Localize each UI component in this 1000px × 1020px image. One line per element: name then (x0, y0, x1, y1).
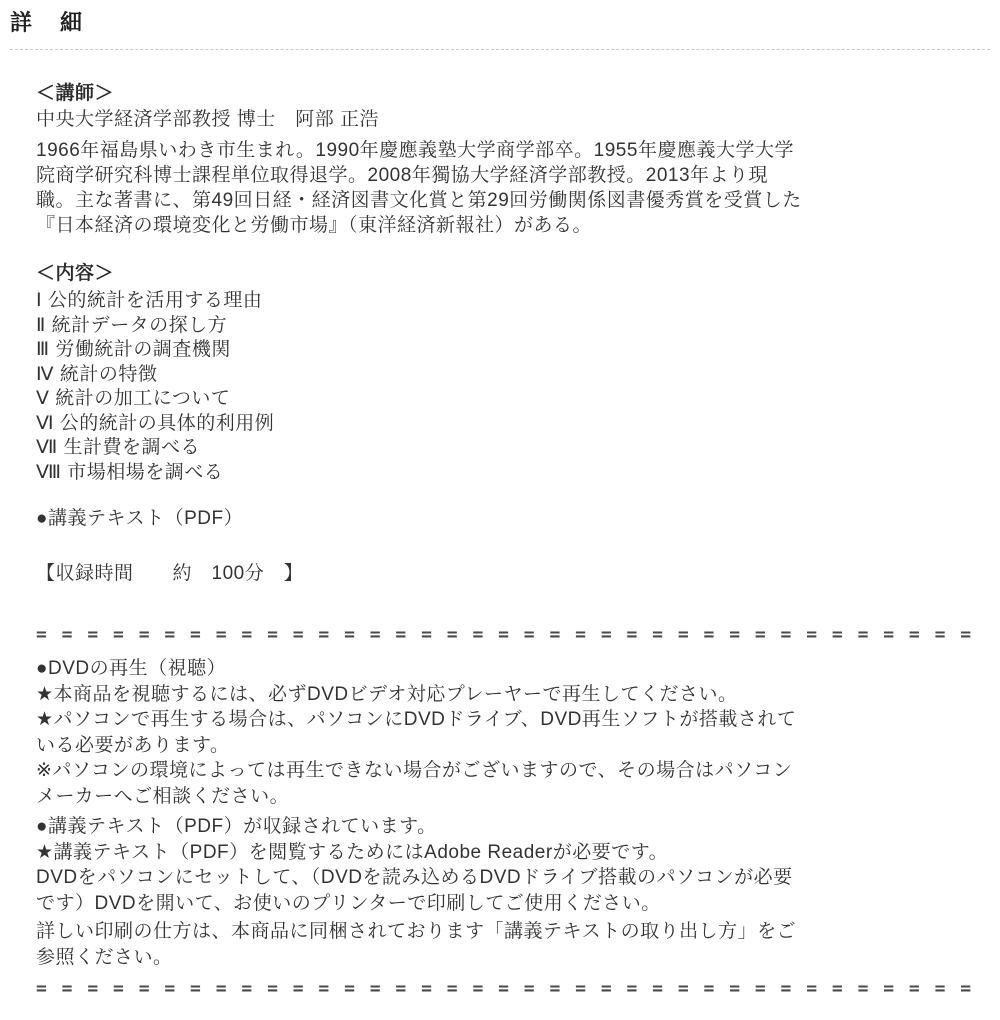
dvd-player-note: ★本商品を視聴するには、必ずDVDビデオ対応プレーヤーで再生してください。 (36, 682, 982, 708)
contents-item-1: Ⅰ 公的統計を活用する理由 (36, 289, 982, 314)
print-reference-note: 詳しい印刷の仕方は、本商品に同梱されております「講義テキストの取り出し方」をご … (36, 919, 982, 970)
equals-divider-top: = = = = = = = = = = = = = = = = = = = = … (36, 624, 982, 646)
contents-item-8: Ⅷ 市場相場を調べる (36, 461, 982, 486)
lecture-text-notes-section: ●講義テキスト（PDF）が収録されています。 ★講義テキスト（PDF）を閲覧する… (36, 814, 982, 916)
detail-page: 詳 細 ＜講師＞ 中央大学経済学部教授 博士 阿部 正浩 1966年福島県いわき… (0, 0, 1000, 1020)
dvd-playback-section: ●DVDの再生（視聴） ★本商品を視聴するには、必ずDVDビデオ対応プレーヤーで… (36, 656, 982, 809)
print-instruction-note: DVDをパソコンにセットして、（DVDを読み込めるDVDドライブ搭載のパソコンが… (36, 865, 982, 916)
contents-item-5: Ⅴ 統計の加工について (36, 387, 982, 412)
lecturer-bio: 1966年福島県いわき市生まれ。1990年慶應義塾大学商学部卒。1955年慶應義… (36, 138, 982, 238)
dvd-playback-heading: ●DVDの再生（視聴） (36, 656, 982, 682)
title-divider (10, 49, 990, 50)
contents-item-2: Ⅱ 統計データの探し方 (36, 314, 982, 339)
page-title: 詳 細 (10, 10, 990, 36)
equals-divider-bottom: = = = = = = = = = = = = = = = = = = = = … (36, 978, 982, 1000)
adobe-reader-note: ★講義テキスト（PDF）を閲覧するためにはAdobe Readerが必要です。 (36, 840, 982, 866)
dvd-environment-note: ※パソコンの環境によっては再生できない場合がございますので、その場合はパソコン … (36, 758, 982, 809)
lecturer-section: ＜講師＞ 中央大学経済学部教授 博士 阿部 正浩 1966年福島県いわき市生まれ… (36, 82, 982, 238)
lecture-text-line: ●講義テキスト（PDF） (36, 507, 982, 531)
detail-content: ＜講師＞ 中央大学経済学部教授 博士 阿部 正浩 1966年福島県いわき市生まれ… (10, 82, 990, 1000)
recording-duration: 【収録時間 約 100分 】 (36, 562, 982, 586)
lecturer-heading: ＜講師＞ (36, 82, 982, 105)
dvd-pc-note: ★パソコンで再生する場合は、パソコンにDVDドライブ、DVD再生ソフトが搭載され… (36, 707, 982, 758)
contents-item-6: Ⅵ 公的統計の具体的利用例 (36, 412, 982, 437)
contents-item-4: Ⅳ 統計の特徴 (36, 363, 982, 388)
contents-heading: ＜内容＞ (36, 262, 982, 285)
lecturer-name: 中央大学経済学部教授 博士 阿部 正浩 (36, 108, 982, 132)
contents-section: ＜内容＞ Ⅰ 公的統計を活用する理由 Ⅱ 統計データの探し方 Ⅲ 労働統計の調査… (36, 262, 982, 485)
contents-item-3: Ⅲ 労働統計の調査機関 (36, 338, 982, 363)
contents-item-7: Ⅶ 生計費を調べる (36, 436, 982, 461)
contents-list: Ⅰ 公的統計を活用する理由 Ⅱ 統計データの探し方 Ⅲ 労働統計の調査機関 Ⅳ … (36, 289, 982, 485)
text-included-note: ●講義テキスト（PDF）が収録されています。 (36, 814, 982, 840)
